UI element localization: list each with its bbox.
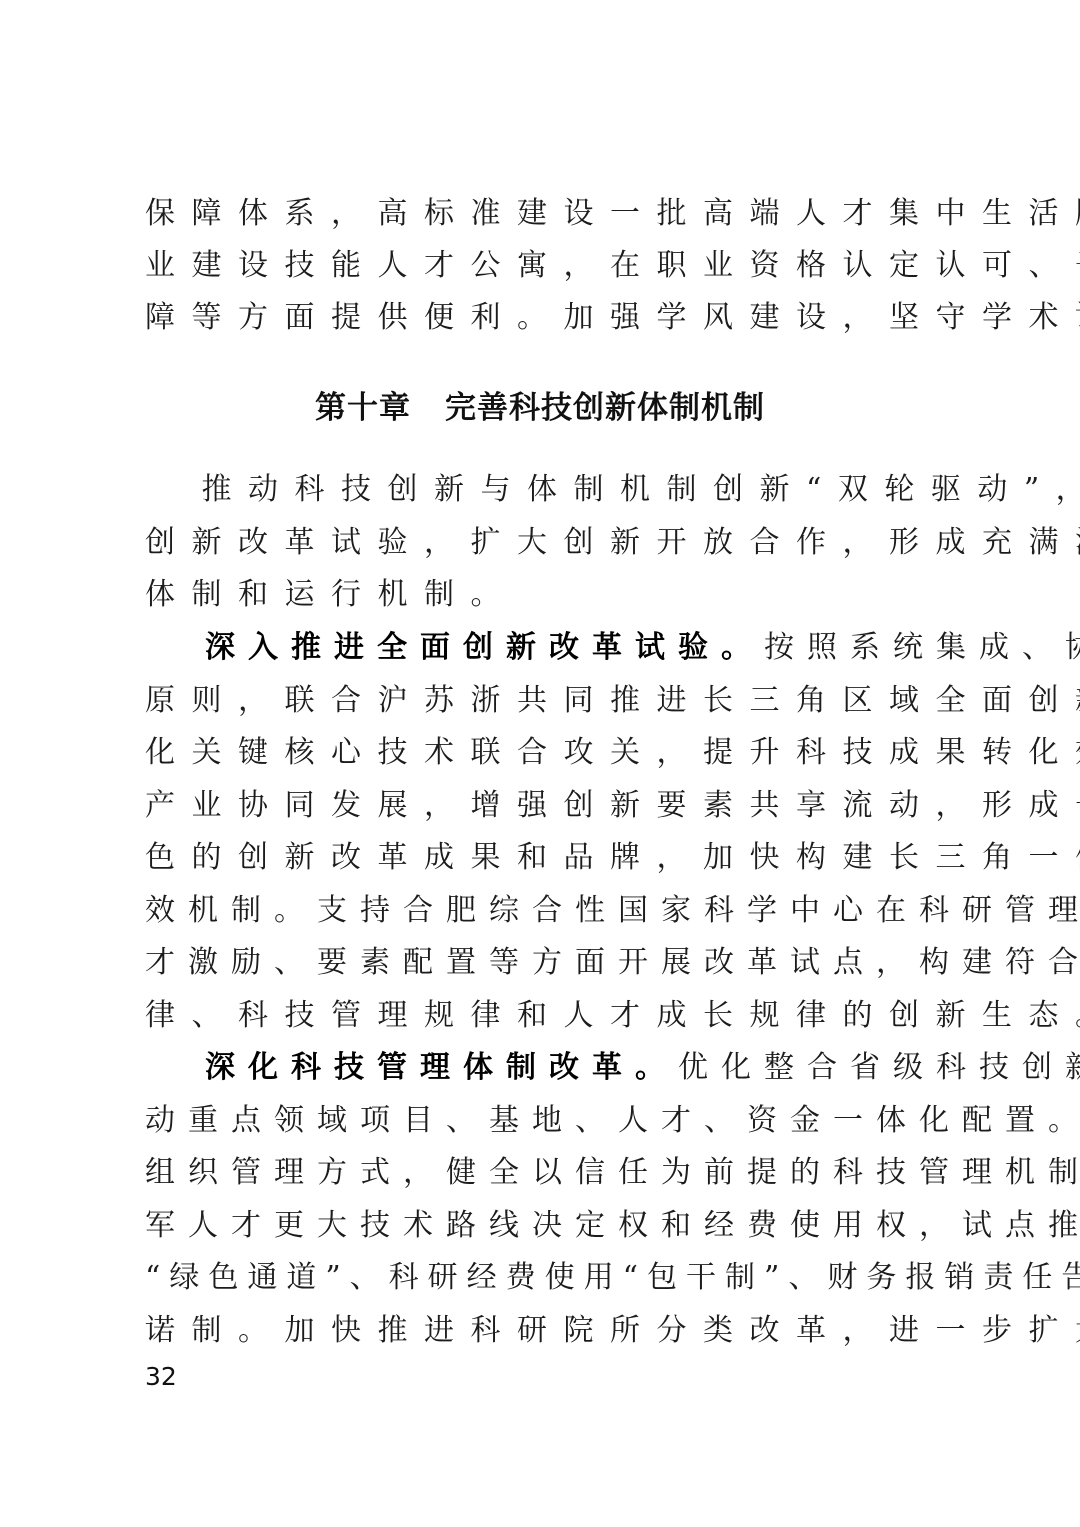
paragraph-line: 保障体系，高标准建设一批高端人才集中生活服务区，支持企 [145, 188, 945, 240]
paragraph-line: 色的创新改革成果和品牌，加快构建长三角一体化协同创新长 [145, 832, 945, 884]
paragraph-line: 推动科技创新与体制机制创新“双轮驱动”，深入推进全面 [155, 464, 955, 516]
paragraph-line: 化关键核心技术联合攻关，提升科技成果转化效率，推动新兴 [145, 727, 945, 779]
paragraph-line: 律、科技管理规律和人才成长规律的创新生态。 [145, 990, 945, 1042]
section-first-line: 深入推进全面创新改革试验。按照系统集成、协同高效的 [205, 622, 1005, 674]
paragraph-line: 动重点领域项目、基地、人才、资金一体化配置。改进科技项 目 [145, 1095, 945, 1147]
paragraph-line: 创新改革试验，扩大创新开放合作，形成充满活力的科技管理 [145, 517, 945, 569]
page-number: 32 [145, 1362, 177, 1391]
section-lead-bold: 深入推进全面创新改革试验。 [205, 630, 764, 665]
paragraph-line: 军人才更大技术路线决定权和经费使用权，试点推行科研 管理 [145, 1200, 945, 1252]
paragraph-line: 业建设技能人才公寓，在职业资格认定认可、子女教育、医疗 保 [145, 240, 945, 292]
paragraph-line: 才激励、要素配置等方面开展改革试点，构建符合创新发展 规 [145, 937, 945, 989]
paragraph-line: 诺制。加快推进科研院所分类改革，进一步扩大编制管 [145, 1305, 945, 1357]
paragraph-line: 组织管理方式，健全以信任为前提的科技管理机制，赋予创 新领 [145, 1147, 945, 1199]
paragraph-line: 效机制。支持合肥综合性国家科学中心在科研管理、成果转化、 人 [145, 885, 945, 937]
section-first-line: 深化科技管理体制改革。优化整合省级科技创新基地，推 [205, 1042, 1005, 1094]
chapter-number: 第十章 [315, 390, 411, 426]
chapter-title: 完善科技创新体制机制 [445, 390, 765, 426]
paragraph-line: “绿色通道”、科研经费使用“包干制”、财务报销责任告知和 信用承 [145, 1252, 945, 1304]
paragraph-line: 产业协同发展，增强创新要素共享流动，形成一批彰显安徽特 [145, 780, 945, 832]
paragraph-line: 原则，联合沪苏浙共同推进长三角区域全面创新改革试验，强 [145, 675, 945, 727]
section-lead-bold: 深化科技管理体制改革。 [205, 1050, 678, 1085]
document-page: 保障体系，高标准建设一批高端人才集中生活服务区，支持企 业建设技能人才公寓，在职… [0, 0, 1080, 1527]
paragraph-line: 体制和运行机制。 [145, 569, 945, 621]
section-first-line-text: 优化整合省级科技创新基地，推 [678, 1050, 1080, 1085]
chapter-heading: 第十章完善科技创新体制机制 [0, 383, 1080, 433]
paragraph-line: 障等方面提供便利。加强学风建设，坚守学术诚信。 [145, 292, 945, 344]
section-first-line-text: 按照系统集成、协同高效的 [764, 630, 1080, 665]
